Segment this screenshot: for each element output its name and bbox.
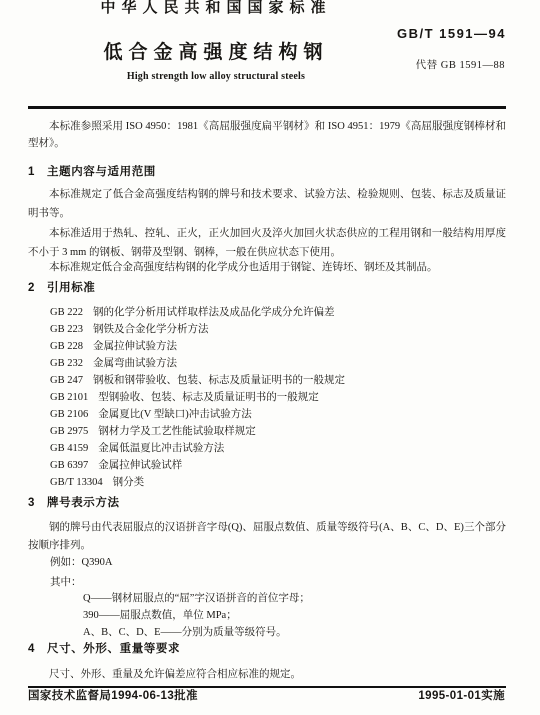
reference-item: GB 222钢的化学分析用试样取样法及成品化学成分允许偏差 <box>50 304 345 321</box>
reference-code: GB 2101 <box>50 392 88 403</box>
reference-item: GB/T 13304钢分类 <box>50 474 345 491</box>
reference-title: 钢的化学分析用试样取样法及成品化学成分允许偏差 <box>93 307 335 318</box>
reference-code: GB 6397 <box>50 460 88 471</box>
section-4-heading: 4尺寸、外形、重量等要求 <box>28 642 180 656</box>
symbol-definitions: Q——钢材屈服点的“屈”字汉语拼音的首位字母； 390——屈服点数值，单位 MP… <box>83 590 310 641</box>
section-4-paragraph-1: 尺寸、外形、重量及允许偏差应符合相应标准的规定。 <box>28 666 506 683</box>
document-page: 中华人民共和国国家标准 GB/T 1591—94 低合金高强度结构钢 代替 GB… <box>0 0 540 715</box>
section-4-title: 尺寸、外形、重量等要求 <box>47 643 180 655</box>
section-1-heading: 1主题内容与适用范围 <box>28 165 156 179</box>
document-title: 低合金高强度结构钢 <box>0 37 432 64</box>
reference-title: 金属低温夏比冲击试验方法 <box>98 443 224 454</box>
among-which-line: 其中： <box>50 574 82 591</box>
reference-title: 钢板和钢带验收、包装、标志及质量证明书的一般规定 <box>93 375 345 386</box>
reference-code: GB 228 <box>50 341 83 352</box>
section-1-paragraph-2: 本标准适用于热轧、控轧、正火，正火加回火及淬火加回火状态供应的工程用钢和一般结构… <box>28 224 506 262</box>
section-1-paragraph-3: 本标准规定低合金高强度结构钢的化学成分也适用于钢锭、连铸坯、钢坯及其制品。 <box>28 259 506 276</box>
intro-paragraph: 本标准参照采用 ISO 4950：1981《高屈服强度扁平钢材》和 ISO 49… <box>28 118 506 152</box>
reference-item: GB 228金属拉伸试验方法 <box>50 338 345 355</box>
section-1-title: 主题内容与适用范围 <box>47 166 156 178</box>
example-line: 例如：Q390A <box>50 554 112 571</box>
reference-title: 金属弯曲试验方法 <box>93 358 177 369</box>
reference-title: 钢铁及合金化学分析方法 <box>93 324 209 335</box>
reference-list: GB 222钢的化学分析用试样取样法及成品化学成分允许偏差 GB 223钢铁及合… <box>50 304 345 491</box>
section-3-heading: 3牌号表示方法 <box>28 496 120 510</box>
section-1-paragraph-1: 本标准规定了低合金高强度结构钢的牌号和技术要求、试验方法、检验规则、包装、标志及… <box>28 185 506 223</box>
reference-item: GB 223钢铁及合金化学分析方法 <box>50 321 345 338</box>
reference-title: 金属拉伸试验试样 <box>98 460 182 471</box>
reference-title: 钢分类 <box>113 477 145 488</box>
reference-code: GB 2975 <box>50 426 88 437</box>
section-2-heading: 2引用标准 <box>28 281 95 295</box>
reference-code: GB 222 <box>50 307 83 318</box>
reference-title: 金属拉伸试验方法 <box>93 341 177 352</box>
section-2-number: 2 <box>28 281 47 295</box>
reference-item: GB 247钢板和钢带验收、包装、标志及质量证明书的一般规定 <box>50 372 345 389</box>
reference-title: 型钢验收、包装、标志及质量证明书的一般规定 <box>98 392 319 403</box>
definition-q: Q——钢材屈服点的“屈”字汉语拼音的首位字母； <box>83 590 310 607</box>
definition-grades: A、B、C、D、E——分别为质量等级符号。 <box>83 624 310 641</box>
footer-divider <box>28 686 506 688</box>
section-3-title: 牌号表示方法 <box>47 497 120 509</box>
approval-note: 国家技术监督局1994-06-13批准 <box>28 689 198 703</box>
reference-item: GB 2975钢材力学及工艺性能试验取样规定 <box>50 423 345 440</box>
section-1-number: 1 <box>28 165 47 179</box>
reference-title: 钢材力学及工艺性能试验取样规定 <box>98 426 256 437</box>
national-standard-heading: 中华人民共和国国家标准 <box>0 0 432 17</box>
reference-title: 金属夏比(V 型缺口)冲击试验方法 <box>98 409 252 420</box>
header-divider <box>28 106 506 109</box>
reference-code: GB 247 <box>50 375 83 386</box>
effective-date: 1995-01-01实施 <box>418 689 505 703</box>
section-4-number: 4 <box>28 642 47 656</box>
reference-code: GB/T 13304 <box>50 477 103 488</box>
section-3-number: 3 <box>28 496 47 510</box>
reference-code: GB 4159 <box>50 443 88 454</box>
section-2-title: 引用标准 <box>47 282 95 294</box>
reference-code: GB 2106 <box>50 409 88 420</box>
definition-390: 390——屈服点数值，单位 MPa； <box>83 607 310 624</box>
reference-item: GB 4159金属低温夏比冲击试验方法 <box>50 440 345 457</box>
reference-item: GB 2106金属夏比(V 型缺口)冲击试验方法 <box>50 406 345 423</box>
section-3-paragraph-1: 钢的牌号由代表屈服点的汉语拼音字母(Q)、屈服点数值、质量等级符号(A、B、C、… <box>28 519 506 555</box>
reference-item: GB 6397金属拉伸试验试样 <box>50 457 345 474</box>
reference-code: GB 232 <box>50 358 83 369</box>
replaces-note: 代替 GB 1591—88 <box>416 57 505 72</box>
reference-item: GB 232金属弯曲试验方法 <box>50 355 345 372</box>
reference-code: GB 223 <box>50 324 83 335</box>
reference-item: GB 2101型钢验收、包装、标志及质量证明书的一般规定 <box>50 389 345 406</box>
document-title-english: High strength low alloy structural steel… <box>0 71 432 82</box>
